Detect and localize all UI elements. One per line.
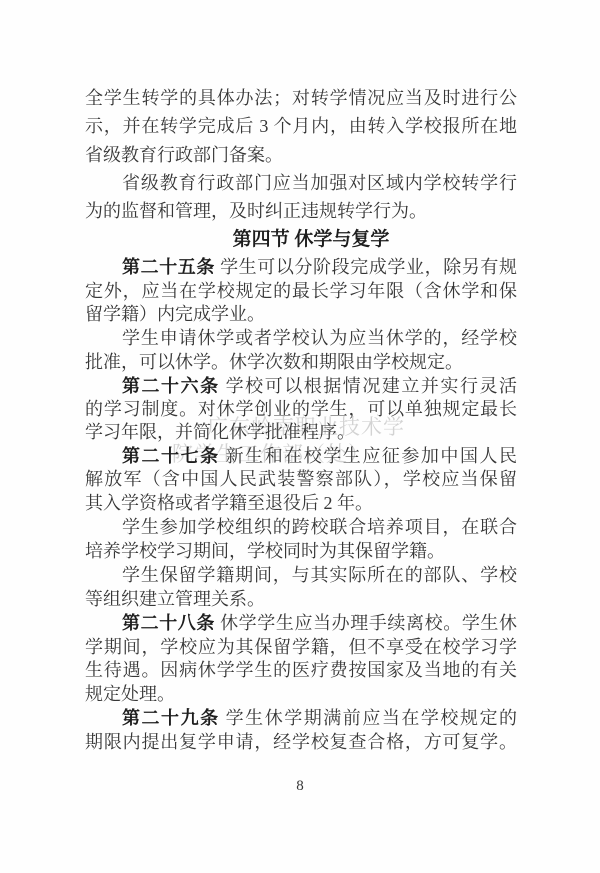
text-line: 第二十九条 学生休学期满前应当在学校规定的 — [85, 708, 517, 729]
line-text: 学生休学期满前应当在学校规定的 — [220, 708, 517, 728]
text-line: 培养学校学习期间，学校同时为其保留学籍。 — [85, 541, 517, 562]
line-text: 休学学生应当办理手续离校。学生休 — [215, 613, 517, 633]
line-text: 规定处理。 — [85, 684, 175, 704]
line-text: 学生参加学校组织的跨校联合培养项目，在联合 — [122, 517, 517, 537]
line-text: 定外，应当在学校规定的最长学习年限（含休学和保 — [85, 281, 517, 301]
text-line: 第二十五条 学生可以分阶段完成学业，除另有规 — [85, 257, 517, 278]
line-text: 其入学资格或者学籍至退役后 2 年。 — [85, 493, 373, 513]
text-line: 期限内提出复学申请，经学校复查合格，方可复学。 — [85, 732, 517, 753]
line-text: 解放军（含中国人民武装警察部队），学校应当保留 — [85, 469, 517, 489]
text-line: 定外，应当在学校规定的最长学习年限（含休学和保 — [85, 281, 517, 302]
line-text: 学生申请休学或者学校认为应当休学的，经学校 — [122, 328, 517, 348]
text-line: 学习年限，并简化休学批准程序。 — [85, 422, 517, 443]
line-text: 示，并在转学完成后 3 个月内，由转入学校报所在地 — [85, 116, 517, 136]
text-line: 全学生转学的具体办法；对转学情况应当及时进行公 — [85, 88, 517, 109]
text-line: 学生保留学籍期间，与其实际所在的部队、学校 — [85, 565, 517, 586]
text-line: 解放军（含中国人民武装警察部队），学校应当保留 — [85, 469, 517, 490]
article-number: 第二十五条 — [122, 257, 215, 277]
text-line: 第二十六条 学校可以根据情况建立并实行灵活 — [85, 376, 517, 397]
article-number: 第二十九条 — [122, 708, 220, 728]
text-line: 第二十八条 休学学生应当办理手续离校。学生休 — [85, 613, 517, 634]
line-text: 新生和在校学生应征参加中国人民 — [220, 446, 517, 466]
document-page: 广东岭南职业技术学 院学生工作部（处） 全学生转学的具体办法；对转学情况应当及时… — [0, 0, 600, 873]
article-number: 第二十八条 — [122, 613, 215, 633]
line-text: 等组织建立管理关系。 — [85, 589, 265, 609]
text-line: 等组织建立管理关系。 — [85, 589, 517, 610]
line-text: 培养学校学习期间，学校同时为其保留学籍。 — [85, 541, 445, 561]
text-line: 生待遇。因病休学学生的医疗费按国家及当地的有关 — [85, 660, 517, 681]
text-line: 省级教育行政部门应当加强对区域内学校转学行 — [85, 173, 517, 194]
page-number: 8 — [0, 778, 600, 795]
article-number: 第二十六条 — [122, 376, 220, 396]
text-line: 示，并在转学完成后 3 个月内，由转入学校报所在地 — [85, 116, 517, 137]
line-text: 学期间，学校应为其保留学籍，但不享受在校学习学 — [85, 637, 517, 657]
line-text: 期限内提出复学申请，经学校复查合格，方可复学。 — [85, 732, 517, 752]
text-line: 其入学资格或者学籍至退役后 2 年。 — [85, 493, 517, 514]
text-line: 第二十七条 新生和在校学生应征参加中国人民 — [85, 446, 517, 467]
line-text: 学习年限，并简化休学批准程序。 — [85, 422, 355, 442]
section-title: 第四节 休学与复学 — [95, 229, 527, 251]
line-text: 的学习制度。对休学创业的学生，可以单独规定最长 — [85, 399, 517, 419]
line-text: 全学生转学的具体办法；对转学情况应当及时进行公 — [85, 88, 517, 108]
line-text: 为的监督和管理，及时纠正违规转学行为。 — [85, 201, 427, 221]
line-text: 学生可以分阶段完成学业，除另有规 — [215, 257, 517, 277]
line-text: 学校可以根据情况建立并实行灵活 — [220, 376, 517, 396]
text-line: 留学籍）内完成学业。 — [85, 304, 517, 325]
line-text: 生待遇。因病休学学生的医疗费按国家及当地的有关 — [85, 660, 517, 680]
text-line: 为的监督和管理，及时纠正违规转学行为。 — [85, 201, 517, 222]
article-number: 第二十七条 — [122, 446, 220, 466]
text-line: 学生参加学校组织的跨校联合培养项目，在联合 — [85, 517, 517, 538]
line-text: 省级教育行政部门应当加强对区域内学校转学行 — [122, 173, 517, 193]
line-text: 省级教育行政部门备案。 — [85, 145, 283, 165]
text-line: 的学习制度。对休学创业的学生，可以单独规定最长 — [85, 399, 517, 420]
text-line: 省级教育行政部门备案。 — [85, 145, 517, 166]
line-text: 学生保留学籍期间，与其实际所在的部队、学校 — [122, 565, 517, 585]
text-line: 批准，可以休学。休学次数和期限由学校规定。 — [85, 352, 517, 373]
line-text: 留学籍）内完成学业。 — [85, 304, 265, 324]
text-line: 规定处理。 — [85, 684, 517, 705]
text-line: 学生申请休学或者学校认为应当休学的，经学校 — [85, 328, 517, 349]
line-text: 批准，可以休学。休学次数和期限由学校规定。 — [85, 352, 463, 372]
text-line: 学期间，学校应为其保留学籍，但不享受在校学习学 — [85, 637, 517, 658]
